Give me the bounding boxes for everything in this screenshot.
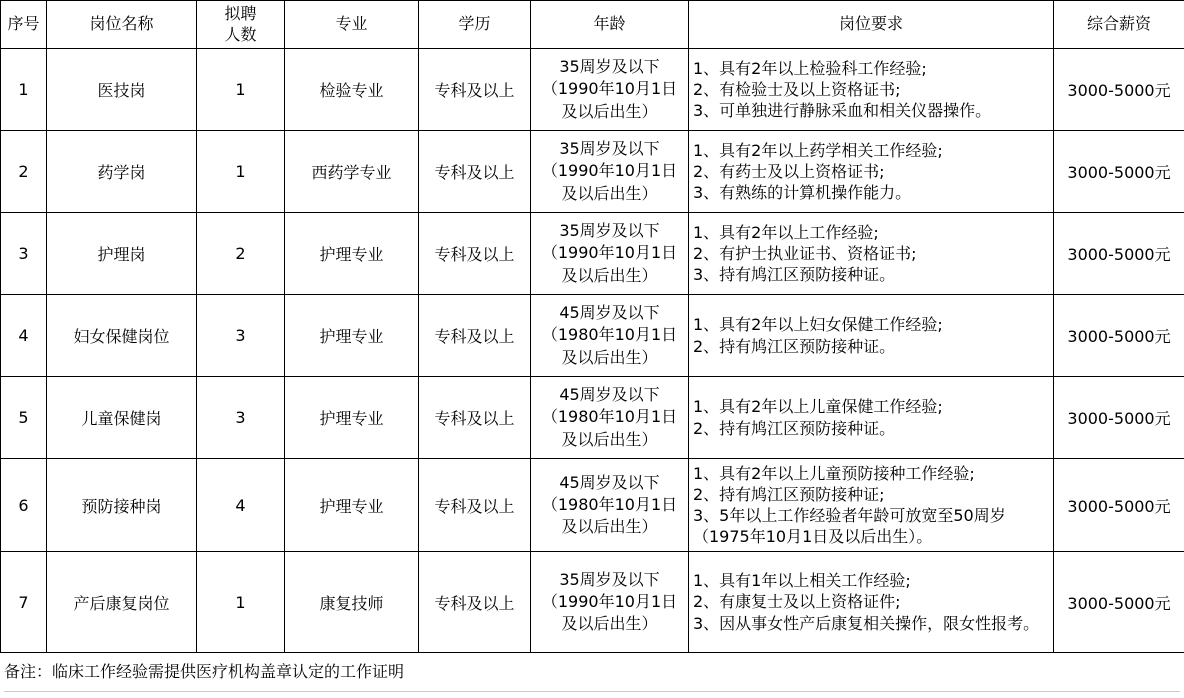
requirement-line: 3、5年以上工作经验者年龄可放宽至50周岁（1975年10月1日及以后出生）。	[693, 505, 1048, 547]
requirement-line: 2、持有鸠江区预防接种证。	[693, 336, 1048, 357]
note-area: 备注：临床工作经验需提供医疗机构盖章认定的工作证明	[0, 653, 1184, 698]
cell-education: 专科及以上	[419, 377, 531, 459]
requirement-line: 1、具有2年以上工作经验;	[693, 222, 1048, 243]
header-major: 专业	[285, 1, 419, 49]
cell-salary: 3000-5000元	[1054, 377, 1184, 459]
cell-education: 专科及以上	[419, 459, 531, 552]
cell-no: 7	[1, 552, 47, 653]
requirement-line: 1、具有2年以上妇女保健工作经验;	[693, 314, 1048, 335]
cell-major: 西药学专业	[285, 131, 419, 213]
header-age: 年龄	[531, 1, 689, 49]
cell-education: 专科及以上	[419, 295, 531, 377]
requirement-line: 3、可单独进行静脉采血和相关仪器操作。	[693, 100, 1048, 121]
table-body: 1 医技岗 1 检验专业 专科及以上 35周岁及以下 （1990年10月1日 及…	[1, 49, 1184, 653]
requirement-line: 2、持有鸠江区预防接种证;	[693, 484, 1048, 505]
table-row: 7 产后康复岗位 1 康复技师 专科及以上 35周岁及以下 （1990年10月1…	[1, 552, 1184, 653]
cell-position: 产后康复岗位	[47, 552, 197, 653]
bottom-divider	[4, 691, 1180, 692]
requirement-line: 1、具有2年以上检验科工作经验;	[693, 58, 1048, 79]
cell-major: 检验专业	[285, 49, 419, 131]
requirement-line: 1、具有2年以上药学相关工作经验;	[693, 140, 1048, 161]
table-row: 3 护理岗 2 护理专业 专科及以上 35周岁及以下 （1990年10月1日 及…	[1, 213, 1184, 295]
requirement-line: 2、有检验士及以上资格证书;	[693, 79, 1048, 100]
cell-no: 2	[1, 131, 47, 213]
requirement-line: 3、有熟练的计算机操作能力。	[693, 182, 1048, 203]
cell-major: 护理专业	[285, 295, 419, 377]
cell-major: 康复技师	[285, 552, 419, 653]
cell-education: 专科及以上	[419, 49, 531, 131]
requirement-line: 3、持有鸠江区预防接种证。	[693, 264, 1048, 285]
requirement-line: 3、因从事女性产后康复相关操作，限女性报考。	[693, 613, 1048, 634]
cell-position: 妇女保健岗位	[47, 295, 197, 377]
cell-position: 药学岗	[47, 131, 197, 213]
header-position: 岗位名称	[47, 1, 197, 49]
cell-salary: 3000-5000元	[1054, 552, 1184, 653]
table-row: 1 医技岗 1 检验专业 专科及以上 35周岁及以下 （1990年10月1日 及…	[1, 49, 1184, 131]
cell-no: 6	[1, 459, 47, 552]
cell-education: 专科及以上	[419, 131, 531, 213]
cell-requirements: 1、具有2年以上儿童保健工作经验;2、持有鸠江区预防接种证。	[689, 377, 1054, 459]
cell-headcount: 4	[197, 459, 285, 552]
cell-no: 3	[1, 213, 47, 295]
cell-age: 35周岁及以下 （1990年10月1日 及以后出生）	[531, 131, 689, 213]
page: 序号 岗位名称 拟聘 人数 专业 学历 年龄 岗位要求 综合薪资 1 医技岗 1…	[0, 0, 1184, 698]
cell-education: 专科及以上	[419, 552, 531, 653]
note-text: 备注：临床工作经验需提供医疗机构盖章认定的工作证明	[4, 662, 1180, 682]
cell-requirements: 1、具有2年以上工作经验;2、有护士执业证书、资格证书;3、持有鸠江区预防接种证…	[689, 213, 1054, 295]
cell-no: 4	[1, 295, 47, 377]
cell-position: 预防接种岗	[47, 459, 197, 552]
requirement-line: 2、持有鸠江区预防接种证。	[693, 418, 1048, 439]
header-headcount: 拟聘 人数	[197, 1, 285, 49]
recruitment-table: 序号 岗位名称 拟聘 人数 专业 学历 年龄 岗位要求 综合薪资 1 医技岗 1…	[0, 0, 1184, 653]
header-row: 序号 岗位名称 拟聘 人数 专业 学历 年龄 岗位要求 综合薪资	[1, 1, 1184, 49]
requirement-line: 1、具有2年以上儿童保健工作经验;	[693, 396, 1048, 417]
cell-requirements: 1、具有2年以上儿童预防接种工作经验;2、持有鸠江区预防接种证;3、5年以上工作…	[689, 459, 1054, 552]
header-education: 学历	[419, 1, 531, 49]
header-salary: 综合薪资	[1054, 1, 1184, 49]
cell-headcount: 1	[197, 552, 285, 653]
cell-education: 专科及以上	[419, 213, 531, 295]
cell-headcount: 1	[197, 131, 285, 213]
header-requirements: 岗位要求	[689, 1, 1054, 49]
cell-age: 35周岁及以下 （1990年10月1日 及以后出生）	[531, 213, 689, 295]
requirement-line: 2、有药士及以上资格证书;	[693, 161, 1048, 182]
cell-salary: 3000-5000元	[1054, 459, 1184, 552]
cell-requirements: 1、具有1年以上相关工作经验;2、有康复士及以上资格证件;3、因从事女性产后康复…	[689, 552, 1054, 653]
cell-age: 35周岁及以下 （1990年10月1日 及以后出生）	[531, 552, 689, 653]
cell-requirements: 1、具有2年以上药学相关工作经验;2、有药士及以上资格证书;3、有熟练的计算机操…	[689, 131, 1054, 213]
cell-salary: 3000-5000元	[1054, 295, 1184, 377]
header-no: 序号	[1, 1, 47, 49]
cell-major: 护理专业	[285, 377, 419, 459]
cell-age: 45周岁及以下 （1980年10月1日 及以后出生）	[531, 295, 689, 377]
cell-salary: 3000-5000元	[1054, 49, 1184, 131]
table-row: 4 妇女保健岗位 3 护理专业 专科及以上 45周岁及以下 （1980年10月1…	[1, 295, 1184, 377]
requirement-line: 1、具有1年以上相关工作经验;	[693, 570, 1048, 591]
cell-major: 护理专业	[285, 213, 419, 295]
cell-major: 护理专业	[285, 459, 419, 552]
cell-salary: 3000-5000元	[1054, 213, 1184, 295]
cell-headcount: 3	[197, 377, 285, 459]
cell-age: 45周岁及以下 （1980年10月1日 及以后出生）	[531, 377, 689, 459]
cell-age: 45周岁及以下 （1980年10月1日 及以后出生）	[531, 459, 689, 552]
requirement-line: 2、有护士执业证书、资格证书;	[693, 243, 1048, 264]
cell-age: 35周岁及以下 （1990年10月1日 及以后出生）	[531, 49, 689, 131]
requirement-line: 1、具有2年以上儿童预防接种工作经验;	[693, 463, 1048, 484]
requirement-line: 2、有康复士及以上资格证件;	[693, 591, 1048, 612]
table-row: 6 预防接种岗 4 护理专业 专科及以上 45周岁及以下 （1980年10月1日…	[1, 459, 1184, 552]
cell-requirements: 1、具有2年以上妇女保健工作经验;2、持有鸠江区预防接种证。	[689, 295, 1054, 377]
cell-headcount: 3	[197, 295, 285, 377]
cell-headcount: 2	[197, 213, 285, 295]
cell-requirements: 1、具有2年以上检验科工作经验;2、有检验士及以上资格证书;3、可单独进行静脉采…	[689, 49, 1054, 131]
cell-position: 医技岗	[47, 49, 197, 131]
cell-no: 1	[1, 49, 47, 131]
cell-headcount: 1	[197, 49, 285, 131]
cell-position: 护理岗	[47, 213, 197, 295]
cell-position: 儿童保健岗	[47, 377, 197, 459]
cell-salary: 3000-5000元	[1054, 131, 1184, 213]
table-row: 2 药学岗 1 西药学专业 专科及以上 35周岁及以下 （1990年10月1日 …	[1, 131, 1184, 213]
table-row: 5 儿童保健岗 3 护理专业 专科及以上 45周岁及以下 （1980年10月1日…	[1, 377, 1184, 459]
cell-no: 5	[1, 377, 47, 459]
